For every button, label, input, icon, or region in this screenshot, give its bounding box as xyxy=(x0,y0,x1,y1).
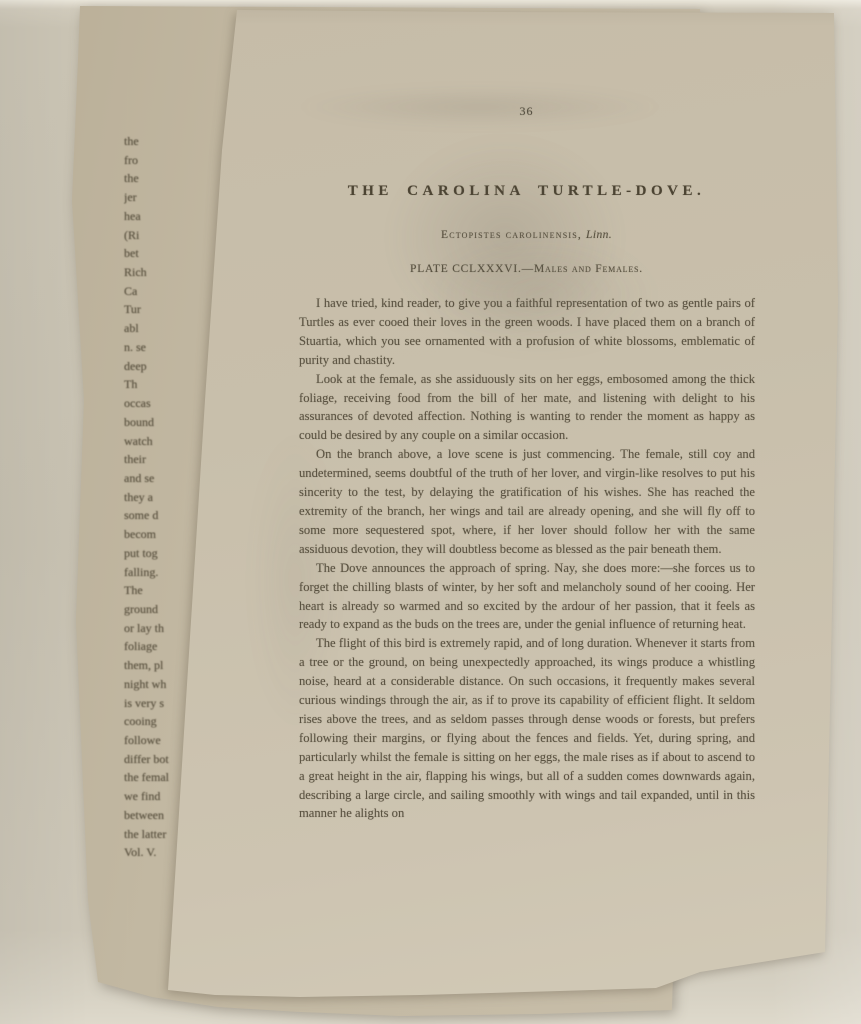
page-title: THE CAROLINA TURTLE-DOVE. xyxy=(299,183,754,200)
body-paragraph: I have tried, kind reader, to give you a… xyxy=(299,294,755,370)
species-name: Ectopistes carolinensis, xyxy=(441,229,582,241)
page-number: 36 xyxy=(299,104,754,119)
plate-number: PLATE CCLXXXVI.— xyxy=(410,263,534,275)
photo-of-book-page: thefrothejerhea(RibetRichCaTurabln. sede… xyxy=(0,0,861,1024)
body-paragraph: Look at the female, as she assiduously s… xyxy=(299,370,755,446)
body-paragraph: On the branch above, a love scene is jus… xyxy=(299,445,755,558)
front-leaf-shadow: 36 THE CAROLINA TURTLE-DOVE. Ectopistes … xyxy=(0,0,861,1024)
printed-page: 36 THE CAROLINA TURTLE-DOVE. Ectopistes … xyxy=(0,0,861,1024)
species-authority: Linn. xyxy=(586,229,612,241)
body-paragraph: The flight of this bird is extremely rap… xyxy=(299,634,755,823)
body-paragraph: The Dove announces the approach of sprin… xyxy=(299,559,755,635)
body-text: I have tried, kind reader, to give you a… xyxy=(299,294,755,823)
plate-figures: Males and Females. xyxy=(534,263,643,275)
species-line: Ectopistes carolinensis, Linn. xyxy=(299,229,754,241)
plate-line: PLATE CCLXXXVI.—Males and Females. xyxy=(299,263,754,275)
